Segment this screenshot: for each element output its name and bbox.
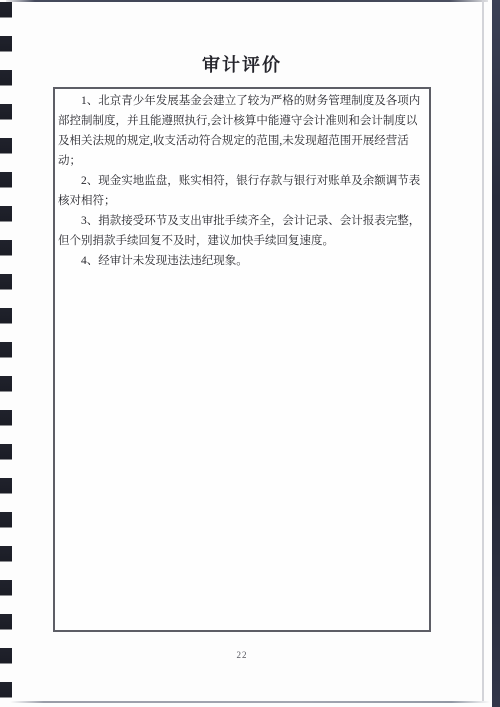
page-right-edge-band: [492, 0, 500, 707]
audit-paragraph-2: 2、现金实地监盘，账实相符，银行存款与银行对账单及余额调节表 核对相符；: [58, 171, 427, 211]
page-bottom-edge: [10, 701, 490, 703]
page-number: 22: [53, 650, 431, 660]
page-right-edge-line: [482, 0, 484, 701]
audit-paragraph-1: 1、北京青少年发展基金会建立了较为严格的财务管理制度及各项内 部控制制度，并且能…: [58, 91, 427, 171]
audit-paragraph-3: 3、捐款接受环节及支出审批手续齐全，会计记录、会计报表完整， 但个别捐款手续回复…: [58, 211, 427, 251]
page-title: 审计评价: [53, 54, 431, 77]
audit-evaluation-box: 1、北京青少年发展基金会建立了较为严格的财务管理制度及各项内 部控制制度，并且能…: [53, 87, 431, 632]
page-top-edge: [6, 0, 488, 2]
binding-holes: [0, 2, 12, 702]
audit-paragraph-4: 4、经审计未发现违法违纪现象。: [58, 251, 427, 271]
scanned-page: 审计评价 1、北京青少年发展基金会建立了较为严格的财务管理制度及各项内 部控制制…: [0, 0, 500, 707]
